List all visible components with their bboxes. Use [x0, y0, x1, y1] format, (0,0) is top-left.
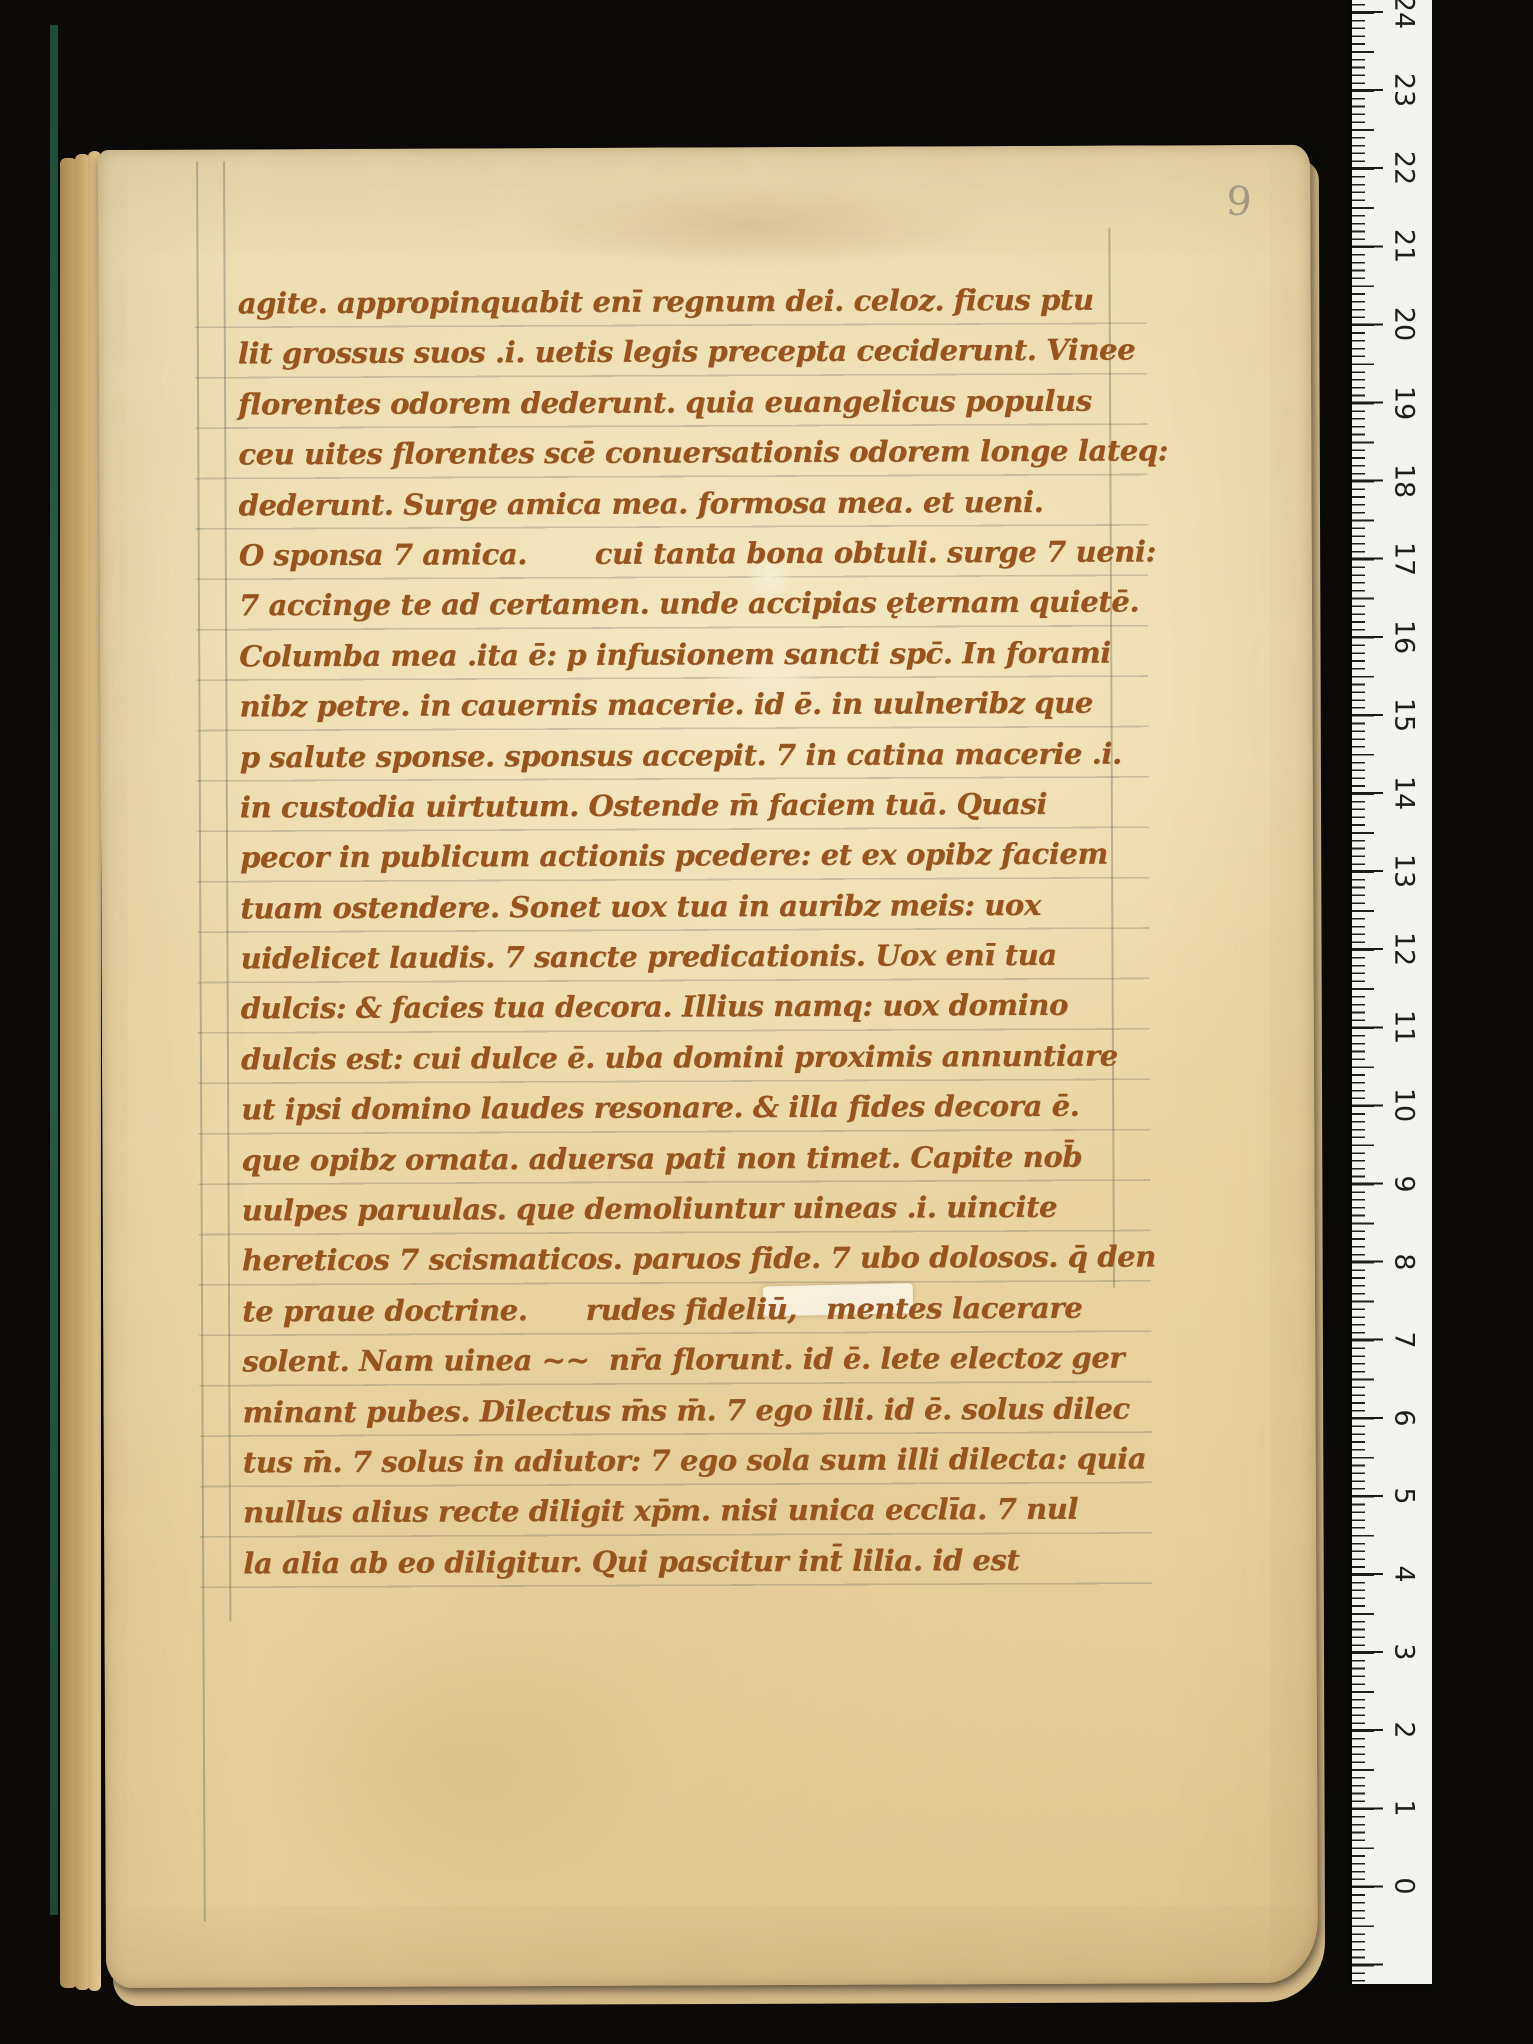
manuscript-line: in custodia uirtutum. Ostende m̄ faciem …	[240, 786, 1135, 840]
manuscript-page: 9 agite. appropinquabit enī regnum dei. …	[98, 145, 1318, 1988]
manuscript-line: que opibz ornata. aduersa pati non timet…	[241, 1139, 1136, 1193]
manuscript-line: agite. appropinquabit enī regnum dei. ce…	[238, 282, 1133, 336]
ruler-label: 2	[1389, 1722, 1420, 1739]
ruler-label: 9	[1389, 1175, 1420, 1192]
manuscript-line: nullus alius recte diligit xp̄m. nisi un…	[243, 1492, 1138, 1546]
manuscript-text-block: agite. appropinquabit enī regnum dei. ce…	[238, 282, 1139, 1596]
ruler-label: 4	[1389, 1565, 1420, 1582]
manuscript-line: uulpes paruulas. que demoliuntur uineas …	[242, 1190, 1137, 1244]
ruler-label: 11	[1389, 1010, 1420, 1044]
manuscript-line: pecor in publicum actionis pcedere: et e…	[240, 837, 1135, 891]
ruler-label: 23	[1389, 73, 1420, 107]
ruler-label: 1	[1389, 1800, 1420, 1817]
ruler-label: 10	[1389, 1088, 1420, 1122]
ruler-label: 7	[1389, 1331, 1420, 1348]
manuscript-line: dulcis est: cui dulce ē. uba domini prox…	[241, 1038, 1136, 1092]
ruler-label: 8	[1389, 1253, 1420, 1270]
calibration-strip	[50, 25, 58, 1915]
manuscript-line: Columba mea .ita ē: p infusionem sancti …	[239, 635, 1134, 689]
manuscript-line: dulcis: & facies tua decora. Illius namq…	[241, 988, 1136, 1042]
ruler-label: 16	[1389, 620, 1420, 654]
ruler-label: 22	[1389, 151, 1420, 185]
parchment-stain	[254, 1617, 675, 1919]
ink-showthrough-smudge	[518, 182, 988, 270]
ruler-label: 13	[1389, 854, 1420, 888]
ruler-label: 19	[1389, 385, 1420, 419]
ruler-label: 21	[1389, 229, 1420, 263]
ruler-cm-ticks	[1352, 0, 1383, 1984]
manuscript-line: florentes odorem dederunt. quia euangeli…	[238, 383, 1133, 437]
manuscript-line: ceu uites florentes scē conuersationis o…	[238, 434, 1133, 488]
ruler-label: 17	[1389, 542, 1420, 576]
ruler-label: 5	[1389, 1487, 1420, 1504]
manuscript-line: tus m̄. 7 solus in adiutor: 7 ego sola s…	[243, 1441, 1138, 1495]
manuscript-line: O sponsa 7 amica. cui tanta bona obtuli.…	[239, 534, 1134, 588]
manuscript-line: hereticos 7 scismaticos. paruos fide. 7 …	[242, 1240, 1137, 1294]
ruler-label: 24	[1389, 0, 1420, 29]
ruler-label: 14	[1389, 776, 1420, 810]
measurement-ruler: 2423222120191817161514131211109876543210	[1352, 0, 1432, 1984]
manuscript-line: tuam ostendere. Sonet uox tua in auribz …	[240, 887, 1135, 941]
manuscript-line: minant pubes. Dilectus m̄s m̄. 7 ego ill…	[242, 1391, 1137, 1445]
folio-number: 9	[1225, 178, 1253, 226]
manuscript-line: te praue doctrine. rudes fideliū, mentes…	[242, 1290, 1137, 1344]
manuscript-line: uidelicet laudis. 7 sancte predicationis…	[240, 938, 1135, 992]
manuscript-photo: 9 agite. appropinquabit enī regnum dei. …	[0, 0, 1533, 2044]
ruler-label: 18	[1389, 463, 1420, 497]
ruler-label: 0	[1389, 1878, 1420, 1895]
ruler-label: 3	[1389, 1644, 1420, 1661]
manuscript-line: nibz petre. in cauernis macerie. id ē. i…	[239, 686, 1134, 740]
ruler-label: 6	[1389, 1409, 1420, 1426]
manuscript-line: p salute sponse. sponsus accepit. 7 in c…	[240, 736, 1135, 790]
manuscript-line: dederunt. Surge amica mea. formosa mea. …	[238, 484, 1133, 538]
ruler-label: 20	[1389, 307, 1420, 341]
manuscript-line: lit grossus suos .i. uetis legis precept…	[238, 333, 1133, 387]
manuscript-line: la alia ab eo diligitur. Qui pascitur in…	[243, 1542, 1138, 1596]
ruler-label: 12	[1389, 932, 1420, 966]
manuscript-line: 7 accinge te ad certamen. unde accipias …	[239, 585, 1134, 639]
manuscript-line: ut ipsi domino laudes resonare. & illa f…	[241, 1089, 1136, 1143]
manuscript-line: solent. Nam uinea ~~ nr̄a florunt. id ē.…	[242, 1341, 1137, 1395]
ruler-label: 15	[1389, 698, 1420, 732]
